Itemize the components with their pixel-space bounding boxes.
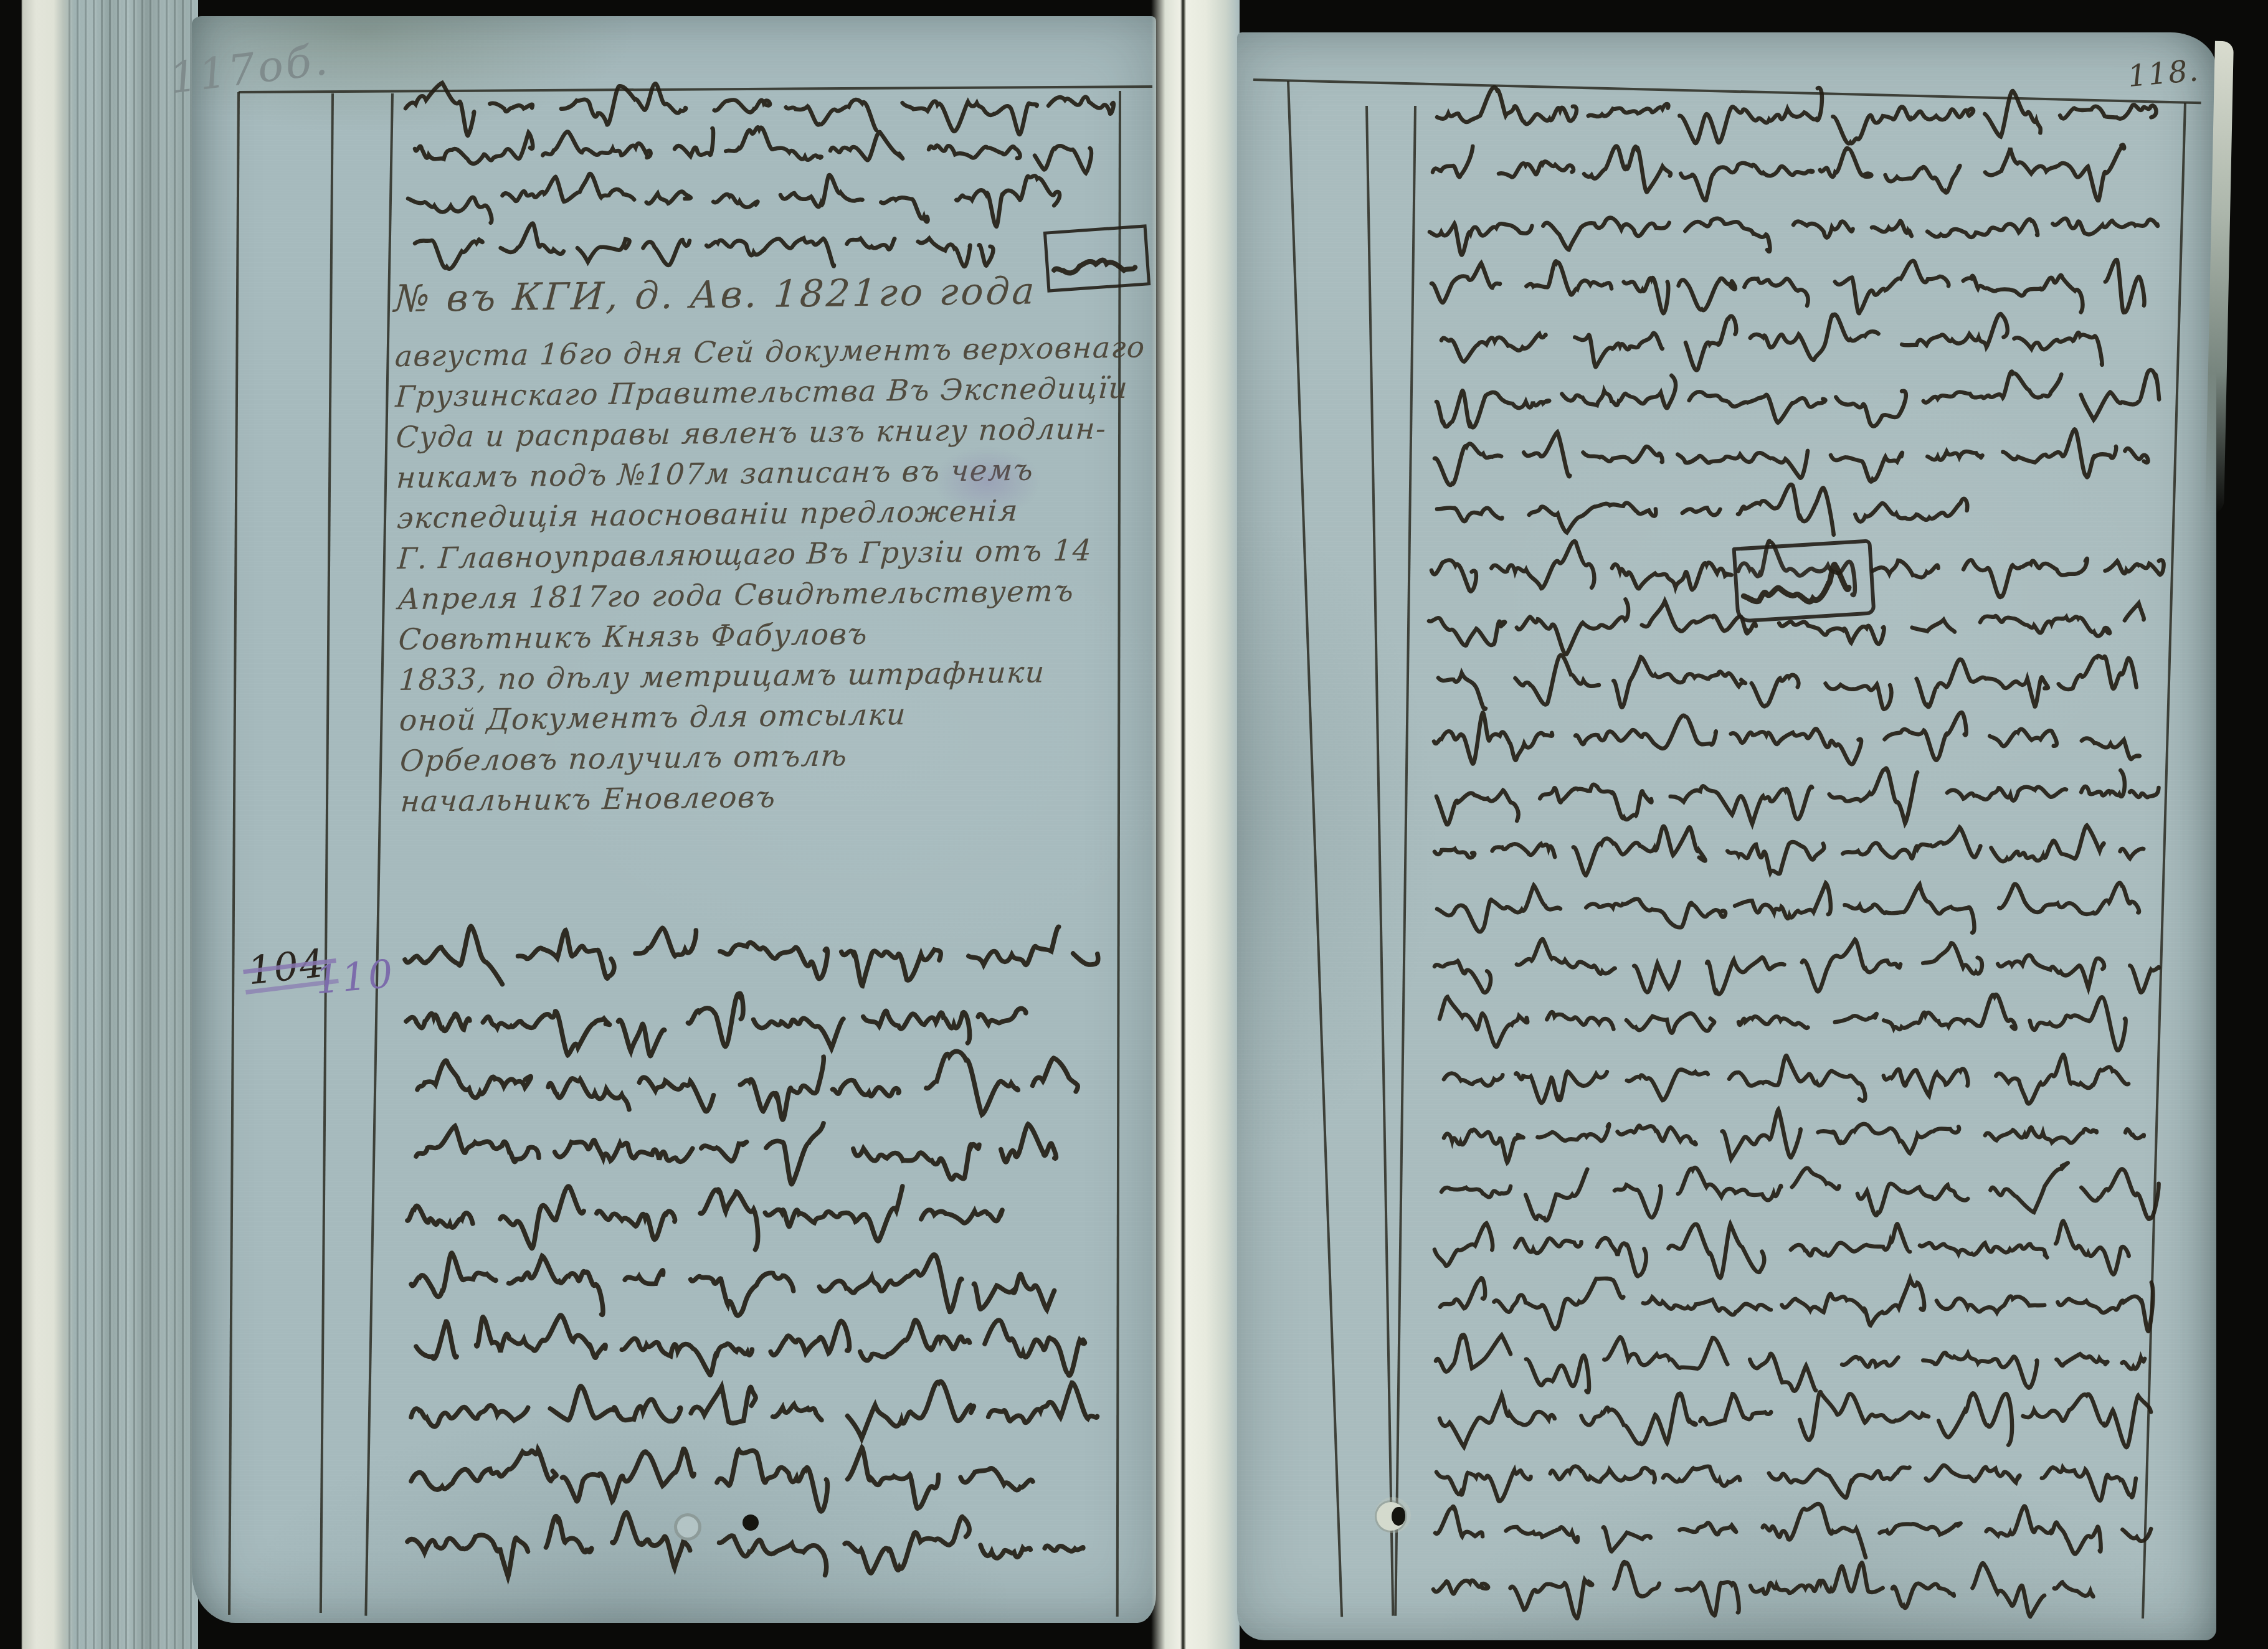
handwriting-line xyxy=(407,1477,1083,1606)
russian-note-line: 1833, по дѣлу метрицамъ штрафники xyxy=(398,655,1046,697)
page-stack-edges xyxy=(0,0,198,1649)
boxed-annotation-scribble xyxy=(1051,220,1137,309)
margin-number-new: 110 xyxy=(313,951,396,1003)
russian-note-line: экспедиція наоснованіи предложенія xyxy=(396,494,1020,536)
punched-hole-shadow xyxy=(1392,1507,1405,1526)
manuscript-spread-photo: 117об. 118. 104 110 № въ КГИ, д. Ав. 182… xyxy=(0,0,2268,1649)
russian-note-line: Г. Главноуправляющаго Въ Грузіи отъ 14 xyxy=(396,533,1093,576)
book-gutter-crease xyxy=(1151,0,1240,1649)
handwriting-line xyxy=(415,191,990,295)
annotation-box-left-page xyxy=(1043,224,1151,292)
wormhole-faint xyxy=(674,1513,701,1541)
russian-note-line: Орбеловъ получилъ отълѣ xyxy=(399,739,848,778)
russian-note-line: Апреля 1817го года Свидѣтельствуетъ xyxy=(397,574,1075,617)
boxed-annotation-scribble xyxy=(1740,535,1860,645)
russian-note-line: августа 16го дня Сей документъ верховнаг… xyxy=(394,330,1147,374)
russian-clerical-note: № въ КГИ, д. Ав. 1821го годаавгуста 16го… xyxy=(393,268,1129,838)
ink-hole-left-page xyxy=(743,1514,759,1531)
violet-ink-smudge xyxy=(934,447,1040,516)
russian-note-line: оной Документъ для отсылки xyxy=(399,697,908,738)
russian-note-line: начальникъ Еновлеовъ xyxy=(399,780,777,819)
annotation-box-right-page xyxy=(1732,539,1876,623)
handwriting-line xyxy=(1433,1531,2091,1641)
russian-note-line: Совѣтникъ Князь Фабуловъ xyxy=(397,617,869,657)
russian-note-line: Грузинскаго Правительства Въ Экспедицїи xyxy=(394,371,1129,414)
